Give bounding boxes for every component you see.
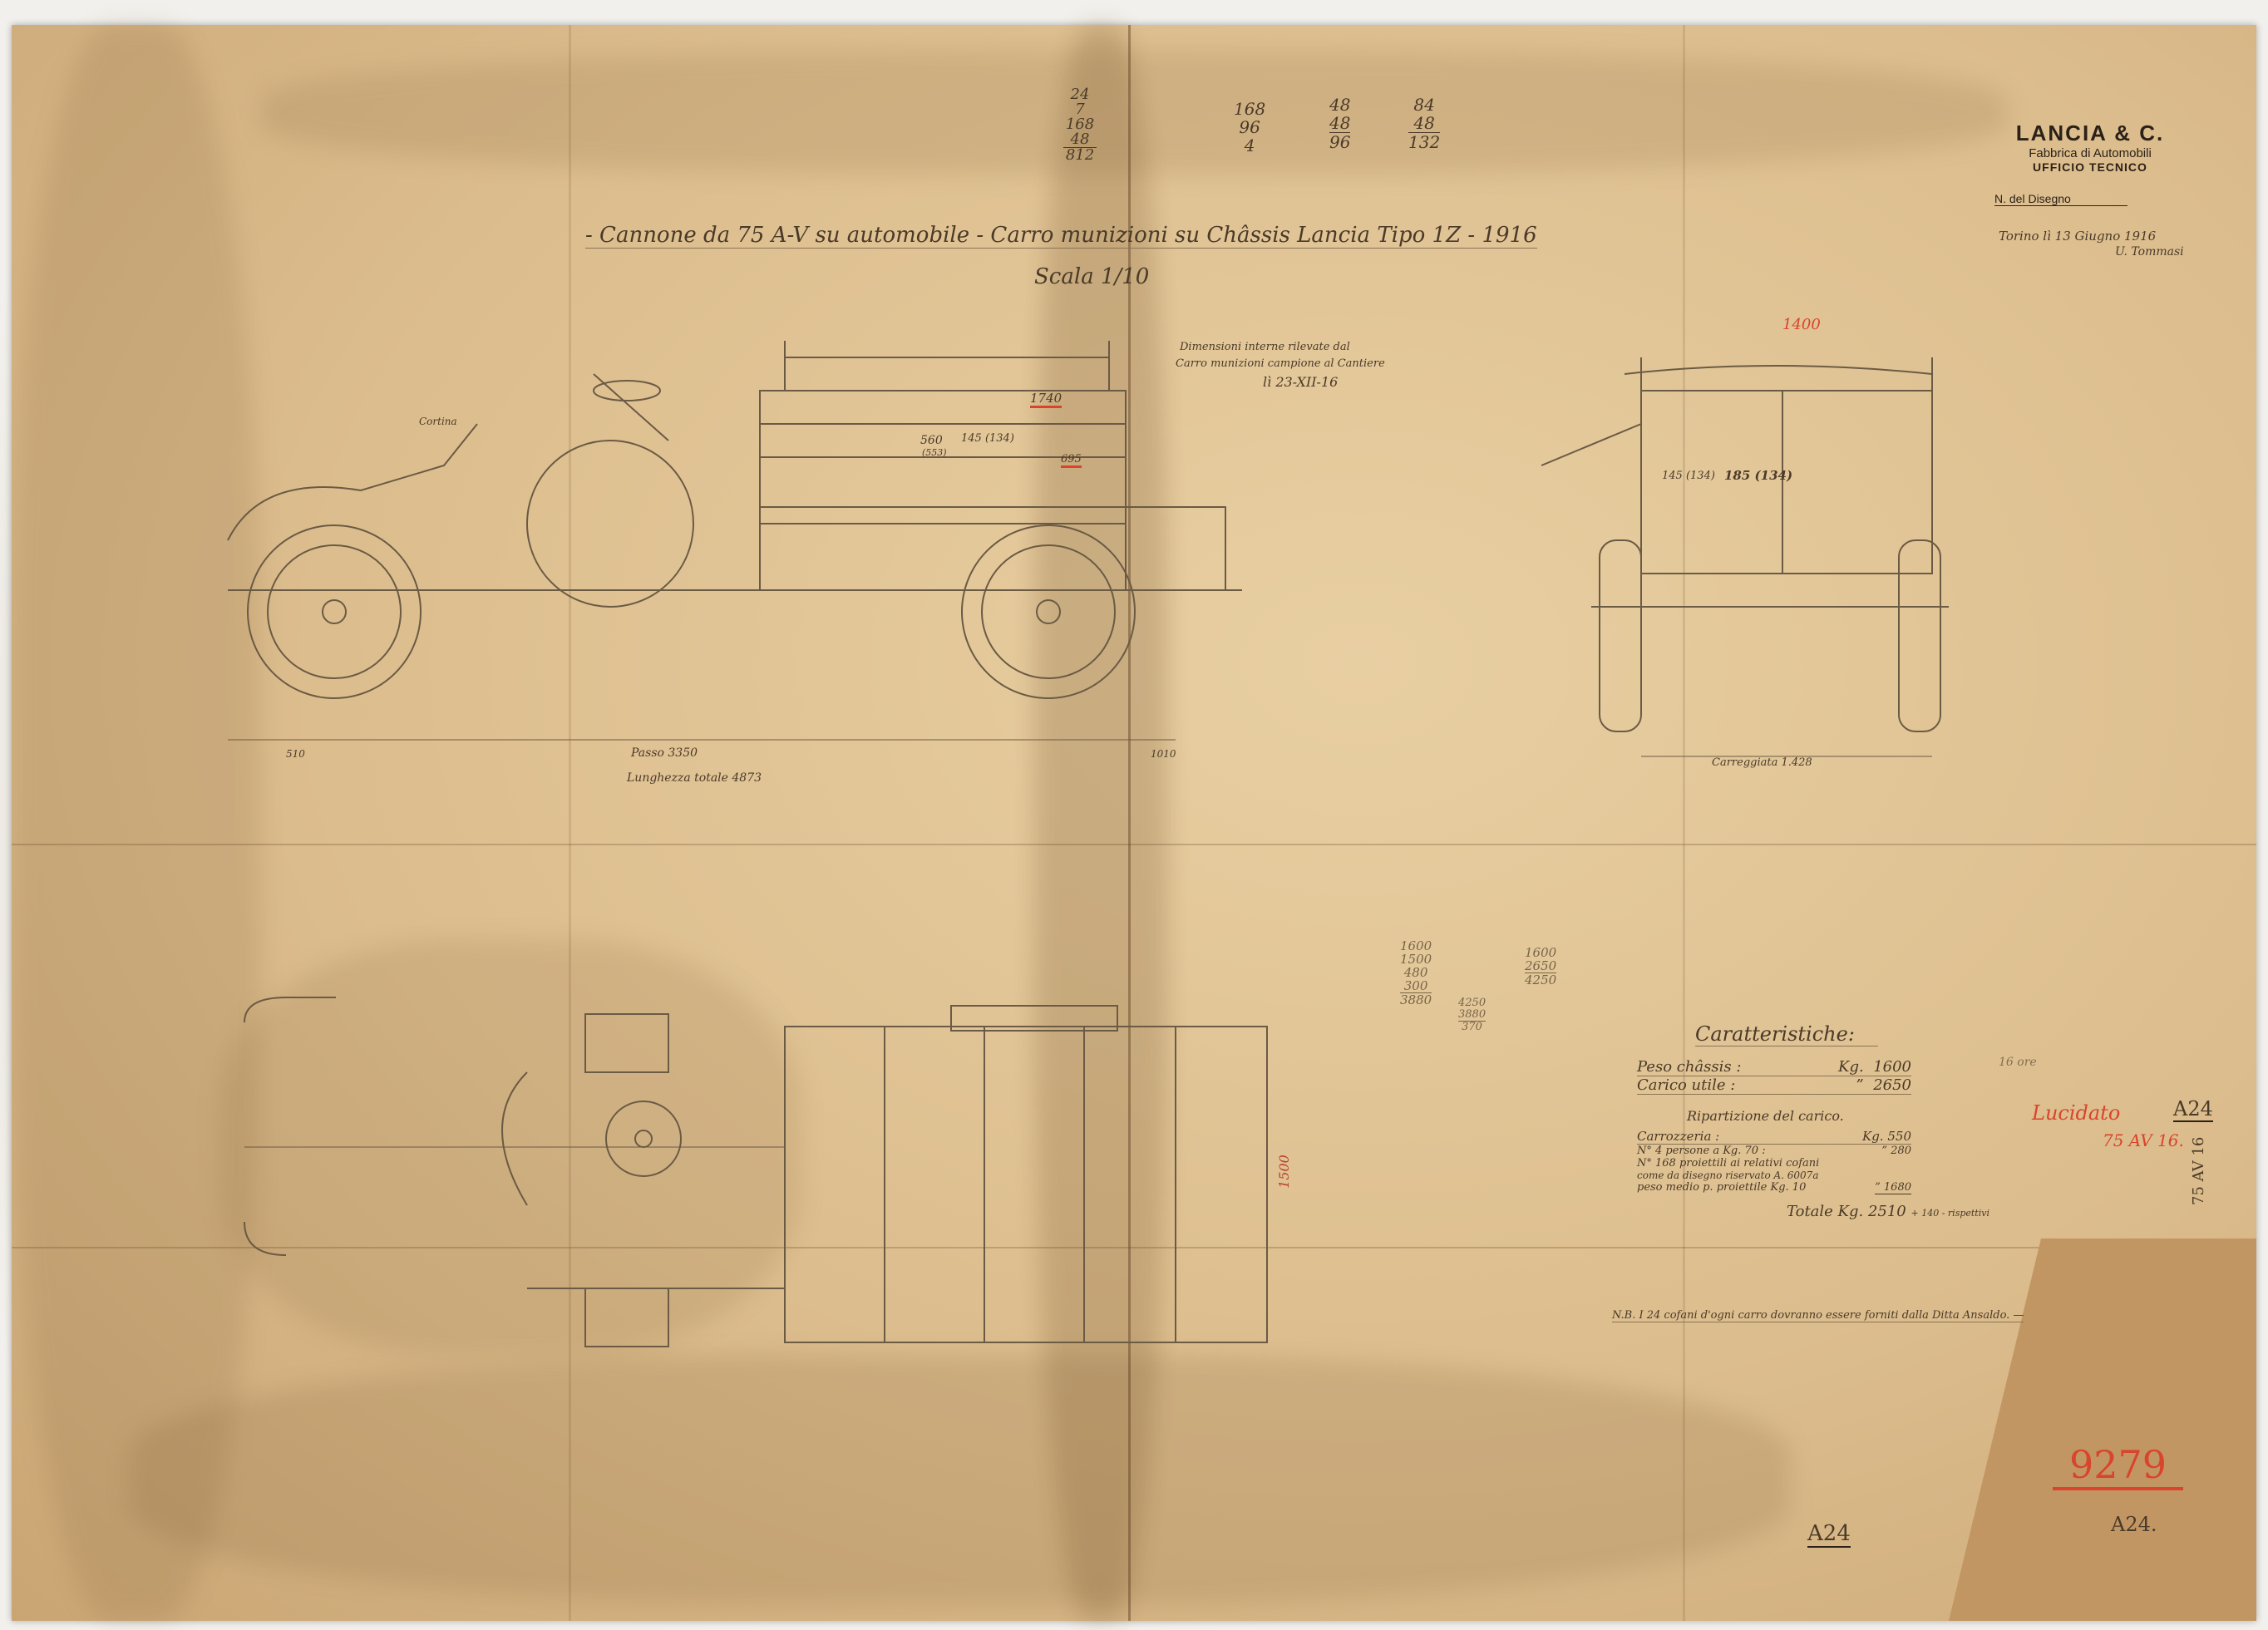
load-row: N° 4 persone a Kg. 70 :” 280 [1637,1145,1911,1157]
vertical-label: 75 AV 16 [2190,1137,2207,1205]
dim-510: 510 [286,748,305,760]
left-label: Cortina [419,416,457,427]
front-dim-185: 185 (134) [1724,468,1792,483]
calc-note: 168964 [1234,100,1265,155]
calc-note: 24716848812 [1063,87,1097,163]
archive-code: A24. [2111,1513,2157,1536]
dim-1740: 1740 [1030,391,1062,408]
side-note: Carro munizioni campione al Cantiere [1176,357,1385,370]
char-row: Carico utile :” 2650 [1637,1076,1911,1095]
drawing-scale: Scala 1/10 [1034,264,1149,289]
plan-view-vehicle [244,997,1267,1347]
traced-sub: 75 AV 16. [2103,1130,2184,1150]
calc-note: 160026504250 [1525,946,1556,987]
nb-note: N.B. I 24 cofani d'ogni carro dovranno e… [1612,1309,2024,1322]
front-dim-145: 145 (134) [1662,470,1715,482]
total-length: Lunghezza totale 4873 [627,771,762,785]
load-row: peso medio p. proiettile Kg. 10” 1680 [1637,1181,1911,1194]
company-stamp: LANCIA & C. Fabbrica di Automobili UFFIC… [1994,121,2186,206]
dim-1400: 1400 [1782,316,1821,333]
side-note: Dimensioni interne rilevate dal [1180,341,1350,353]
front-view-vehicle [1541,357,1949,756]
drawing-sheet: LANCIA & C. Fabbrica di Automobili UFFIC… [12,25,2256,1621]
dim-553: (553) [922,447,947,458]
dim-1010: 1010 [1151,748,1176,760]
side-view-vehicle [228,341,1242,740]
dim-560: 560 [920,434,943,447]
calc-note: 8448132 [1408,96,1440,151]
track-width: Carreggiata 1.428 [1712,756,1812,769]
dim-695: 695 [1061,453,1082,468]
characteristics-block: Caratteristiche: Peso châssis :Kg. 1600 … [1637,1022,1911,1220]
drawing-number-label: N. del Disegno [1994,192,2127,206]
load-row: Carrozzeria :Kg. 550 [1637,1129,1911,1145]
calc-note: 484896 [1329,96,1350,151]
date-line: Torino lì 13 Giugno 1916 [1999,229,2156,244]
wheelbase: Passo 3350 [631,746,698,760]
calc-note: 42503880370 [1458,997,1486,1033]
dim-145: 145 (134) [961,432,1014,445]
company-subtitle: Fabbrica di Automobili [1994,146,2186,160]
archive-number: 9279 [2053,1442,2183,1490]
characteristics-heading: Caratteristiche: [1695,1022,1878,1046]
side-note-date: lì 23-XII-16 [1263,374,1338,390]
department: UFFICIO TECNICO [1994,160,2186,174]
calc-note: 160015004803003880 [1400,939,1432,1007]
company-name: LANCIA & C. [1994,121,2186,146]
load-row: come da disegno riservato A. 6007a [1637,1170,1911,1181]
side-note: 16 ore [1999,1056,2037,1069]
load-row: N° 168 proiettili ai relativi cofani [1637,1157,1911,1170]
total-weight: Totale Kg. 2510 + 140 - rispettivi [1787,1203,1911,1220]
load-heading: Ripartizione del carico. [1687,1108,1911,1124]
plan-dim: 1500 [1276,1155,1292,1189]
signature: U. Tommasi [2115,245,2184,259]
drawing-title: - Cannone da 75 A-V su automobile - Carr… [585,223,1537,249]
traced-code: A24 [2173,1097,2213,1122]
bottom-code: A24 [1807,1521,1851,1548]
char-row: Peso châssis :Kg. 1600 [1637,1058,1911,1076]
traced-annotation: Lucidato [2032,1101,2120,1125]
